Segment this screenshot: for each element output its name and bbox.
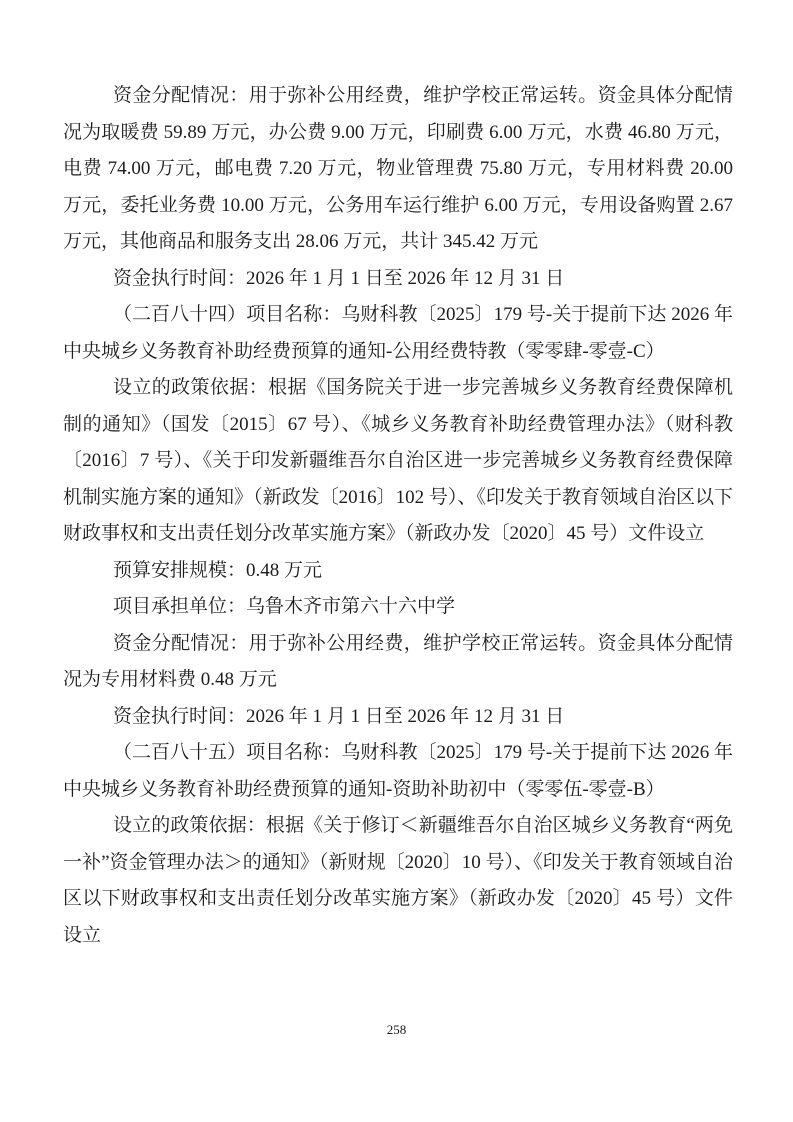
paragraph-project-284-policy-basis: 设立的政策依据：根据《国务院关于进一步完善城乡义务教育经费保障机制的通知》（国发… bbox=[63, 370, 733, 553]
page-number: 258 bbox=[0, 1022, 793, 1038]
paragraph-project-284-execution-time: 资金执行时间：2026 年 1 月 1 日至 2026 年 12 月 31 日 bbox=[63, 699, 733, 736]
paragraph-project-284-undertaking-unit: 项目承担单位：乌鲁木齐市第六十六中学 bbox=[63, 589, 733, 626]
paragraph-project-284-title: （二百八十四）项目名称：乌财科教〔2025〕179 号-关于提前下达 2026 … bbox=[63, 297, 733, 370]
paragraph-fund-allocation-prev-project: 资金分配情况：用于弥补公用经费，维护学校正常运转。资金具体分配情况为取暖费 59… bbox=[63, 78, 733, 261]
paragraph-project-285-title: （二百八十五）项目名称：乌财科教〔2025〕179 号-关于提前下达 2026 … bbox=[63, 735, 733, 808]
paragraph-project-285-policy-basis: 设立的政策依据：根据《关于修订＜新疆维吾尔自治区城乡义务教育“两免一补”资金管理… bbox=[63, 808, 733, 954]
paragraph-execution-time-prev-project: 资金执行时间：2026 年 1 月 1 日至 2026 年 12 月 31 日 bbox=[63, 261, 733, 298]
document-body: 资金分配情况：用于弥补公用经费，维护学校正常运转。资金具体分配情况为取暖费 59… bbox=[63, 78, 733, 954]
document-page: 资金分配情况：用于弥补公用经费，维护学校正常运转。资金具体分配情况为取暖费 59… bbox=[0, 0, 793, 1122]
paragraph-project-284-budget-scale: 预算安排规模：0.48 万元 bbox=[63, 553, 733, 590]
paragraph-project-284-fund-allocation: 资金分配情况：用于弥补公用经费，维护学校正常运转。资金具体分配情况为专用材料费 … bbox=[63, 626, 733, 699]
